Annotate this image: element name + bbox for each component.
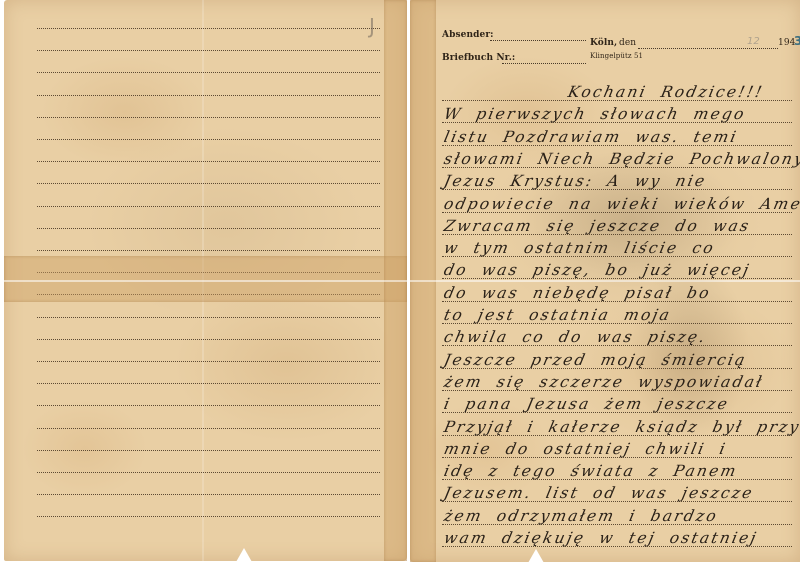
letter-line: do was niebędę pisał bo [442,286,712,302]
year-printed: 194 [778,38,795,48]
rule-line [37,28,380,29]
rule-line [37,228,380,229]
letter-line: W pierwszych słowach mego [442,107,747,123]
year-handwritten-digit: 3 [794,34,800,48]
letter-line: i pana Jezusa żem jeszcze [442,397,730,413]
rule-line [37,494,380,495]
rule-line [37,95,380,96]
rule-line [37,339,380,340]
letter-line: wam dziękuję w tej ostatniej [442,531,759,547]
torn-edge-notch [236,548,252,562]
letter-line: słowami Niech Będzie Pochwalony [442,152,800,168]
letterbook-field-line [502,63,586,64]
city-label: Köln, [590,38,617,48]
rule-line [37,472,380,473]
right-page: Absender: Briefbuch Nr.: Köln, den 12 19… [410,0,800,562]
letter-line: Przyjął i kałerze ksiądz był przy [442,420,800,436]
torn-edge-notch [528,549,544,563]
rule-line [37,139,380,140]
rule-line [37,161,380,162]
letterbook-label: Briefbuch Nr.: [442,53,515,63]
rule-line [37,206,380,207]
letter-line: Zwracam się jeszcze do was [442,219,751,235]
letter-line: żem się szczerze wyspowiadał [442,375,765,391]
letter-line: odpowiecie na wieki wieków Amen [442,197,800,213]
fold-crease-horizontal [4,280,407,282]
address-text: Klingelpütz 51 [590,52,643,60]
date-word: den [619,38,636,48]
letter-line: to jest ostatnia moja [442,308,672,324]
letter-line: Jeszcze przed moją śmiercią [442,353,748,369]
rule-line [37,183,380,184]
rule-line [37,250,380,251]
letter-line: w tym ostatnim liście co [442,241,716,257]
left-page: J [4,0,407,561]
letter-line: mnie do ostatniej chwili i [442,442,728,458]
letter-line: Jezusem. list od was jeszcze [442,486,755,502]
rule-line [37,383,380,384]
tape-strip-horizontal [4,256,407,302]
letter-line: chwila co do was piszę. [442,330,708,346]
rule-line [37,450,380,451]
letter-line: idę z tego świata z Panem [442,464,739,480]
sender-label: Absender: [442,30,494,40]
date-pencil-entry: 12 [747,36,760,47]
rule-line [37,516,380,517]
sender-field-line [490,40,586,41]
pencil-mark: J [369,14,375,38]
letter-line: listu Pozdrawiam was. temi [442,130,739,146]
rule-line [37,50,380,51]
date-field-line [638,48,778,49]
rule-line [37,317,380,318]
rule-line [37,72,380,73]
rule-line [37,428,380,429]
letter-greeting: Kochani Rodzice!!! [566,85,765,101]
letter-line: do was piszę, bo już więcej [442,263,751,279]
rule-line [37,361,380,362]
letter-line: żem odrzymałem i bardzo [442,509,719,525]
letter-line: Jezus Krystus: A wy nie [442,174,708,190]
rule-line [37,405,380,406]
rule-line [37,117,380,118]
